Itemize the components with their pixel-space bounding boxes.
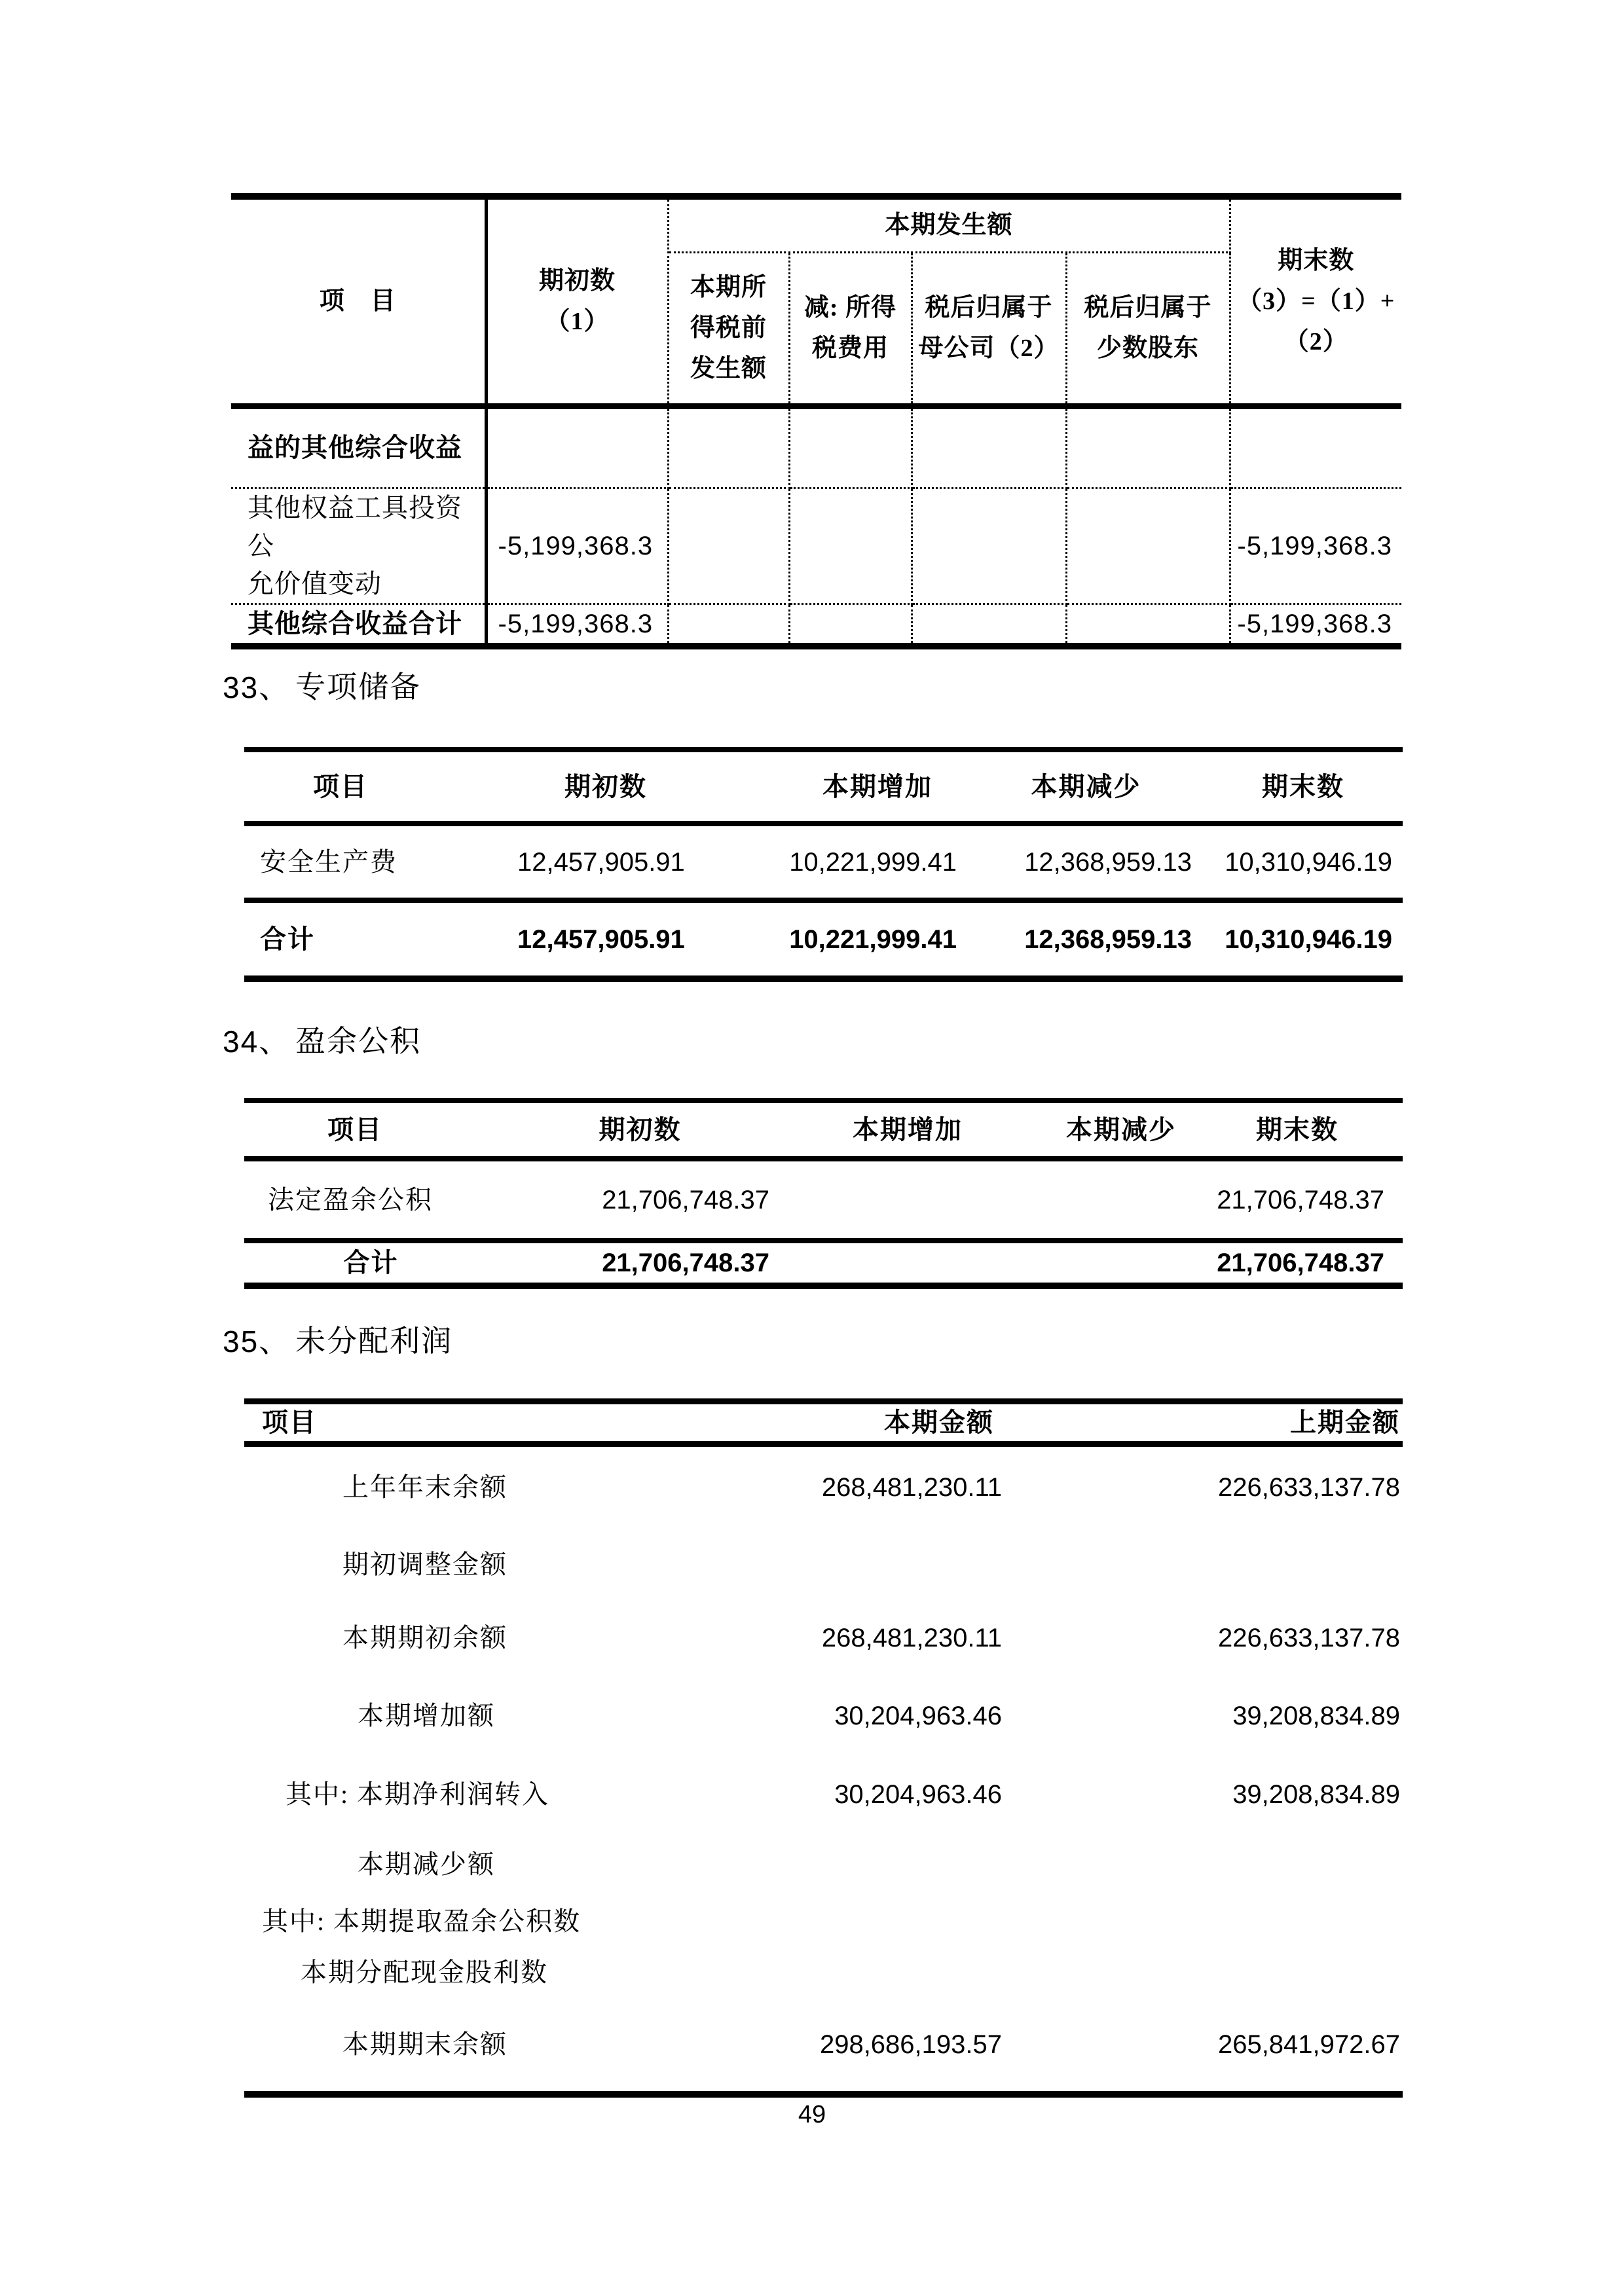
cell-item: 其他综合收益合计 — [231, 604, 486, 646]
cell-prior: 39,208,834.89 — [1005, 1676, 1403, 1757]
cell-pretax — [668, 488, 789, 604]
cell-prior — [1005, 1833, 1403, 1896]
col-header-prior-amount: 上期金额 — [1005, 1402, 1403, 1444]
cell-increase: 10,221,999.41 — [694, 900, 969, 979]
cell-closing: 10,310,946.19 — [1204, 900, 1403, 979]
col-header-decrease: 本期减少 — [969, 750, 1204, 824]
oci-table: 项 目 期初数 （1） 本期发生额 期末数 （3）=（1）+ （2） 本期所 得… — [231, 193, 1401, 649]
cell-closing: -5,199,368.3 — [1230, 604, 1401, 646]
cell-opening: 12,457,905.91 — [517, 900, 694, 979]
section-number: 35、 — [223, 1323, 290, 1360]
oci-row: 益的其他综合收益 — [231, 406, 1401, 488]
cell-prior — [1005, 1529, 1403, 1601]
table-row: 其中: 本期提取盈余公积数 — [244, 1896, 1403, 1947]
cell-current: 30,204,963.46 — [655, 1757, 1005, 1833]
cell-opening: 12,457,905.91 — [517, 824, 694, 900]
col-header-current-amount: 本期金额 — [655, 1402, 1005, 1444]
cell-pretax — [668, 604, 789, 646]
table-header-row: 项目 期初数 本期增加 本期减少 期末数 — [244, 1101, 1403, 1159]
cell-prior — [1005, 1896, 1403, 1947]
section-heading-35: 35、 未分配利润 — [223, 1323, 452, 1360]
cell-after-tax-minority — [1066, 488, 1230, 604]
table-row: 本期期初余额 268,481,230.11 226,633,137.78 — [244, 1601, 1403, 1676]
cell-prior: 226,633,137.78 — [1005, 1444, 1403, 1529]
cell-prior: 39,208,834.89 — [1005, 1757, 1403, 1833]
cell-item: 法定盈余公积 — [244, 1159, 498, 1241]
cell-after-tax-minority — [1066, 406, 1230, 488]
oci-col-header-pretax: 本期所 得税前 发生额 — [668, 252, 789, 406]
table-row: 本期期末余额 298,686,193.57 265,841,972.67 — [244, 1998, 1403, 2094]
table-row: 上年年末余额 268,481,230.11 226,633,137.78 — [244, 1444, 1403, 1529]
section-number: 33、 — [223, 669, 290, 706]
cell-after-tax-minority — [1066, 604, 1230, 646]
oci-col-header-opening: 期初数 （1） — [486, 196, 668, 406]
cell-item: 其他权益工具投资公 允价值变动 — [231, 488, 486, 604]
oci-total-row: 其他综合收益合计 -5,199,368.3 -5,199,368.3 — [231, 604, 1401, 646]
col-header-item: 项目 — [244, 750, 517, 824]
cell-pretax — [668, 406, 789, 488]
table-row: 本期增加额 30,204,963.46 39,208,834.89 — [244, 1676, 1403, 1757]
cell-current: 298,686,193.57 — [655, 1998, 1005, 2094]
surplus-reserve-table: 项目 期初数 本期增加 本期减少 期末数 法定盈余公积 21,706,748.3… — [244, 1098, 1403, 1289]
cell-less-income-tax — [789, 604, 912, 646]
oci-col-header-current-period-group: 本期发生额 — [668, 196, 1230, 252]
retained-earnings-table: 项目 本期金额 上期金额 上年年末余额 268,481,230.11 226,6… — [244, 1398, 1403, 2098]
cell-increase — [783, 1241, 986, 1286]
section-number: 34、 — [223, 1023, 290, 1060]
cell-decrease — [986, 1241, 1192, 1286]
page-number: 49 — [0, 2098, 1624, 2131]
table-total-row: 合计 21,706,748.37 21,706,748.37 — [244, 1241, 1403, 1286]
cell-current: 268,481,230.11 — [655, 1601, 1005, 1676]
oci-col-header-item: 项 目 — [231, 196, 486, 406]
cell-item: 益的其他综合收益 — [231, 406, 486, 488]
cell-opening: 21,706,748.37 — [498, 1159, 783, 1241]
cell-current: 30,204,963.46 — [655, 1676, 1005, 1757]
cell-item: 上年年末余额 — [244, 1444, 655, 1529]
cell-item: 其中: 本期净利润转入 — [244, 1757, 655, 1833]
cell-closing: 10,310,946.19 — [1204, 824, 1403, 900]
oci-col-header-less-income-tax: 减: 所得 税费用 — [789, 252, 912, 406]
oci-col-header-after-tax-minority: 税后归属于 少数股东 — [1066, 252, 1230, 406]
cell-increase: 10,221,999.41 — [694, 824, 969, 900]
col-header-closing: 期末数 — [1204, 750, 1403, 824]
cell-current — [655, 1896, 1005, 1947]
special-reserve-table: 项目 期初数 本期增加 本期减少 期末数 安全生产费 12,457,905.91… — [244, 747, 1403, 982]
col-header-increase: 本期增加 — [694, 750, 969, 824]
col-header-opening: 期初数 — [498, 1101, 783, 1159]
cell-less-income-tax — [789, 406, 912, 488]
table-row: 期初调整金额 — [244, 1529, 1403, 1601]
col-header-opening: 期初数 — [517, 750, 694, 824]
col-header-closing: 期末数 — [1192, 1101, 1403, 1159]
cell-closing — [1230, 406, 1401, 488]
cell-opening: -5,199,368.3 — [486, 604, 668, 646]
table-row: 安全生产费 12,457,905.91 10,221,999.41 12,368… — [244, 824, 1403, 900]
col-header-decrease: 本期减少 — [986, 1101, 1192, 1159]
cell-closing: -5,199,368.3 — [1230, 488, 1401, 604]
oci-col-header-after-tax-parent: 税后归属于 母公司（2） — [912, 252, 1066, 406]
table-header-row: 项目 期初数 本期增加 本期减少 期末数 — [244, 750, 1403, 824]
cell-opening: -5,199,368.3 — [486, 488, 668, 604]
cell-item: 本期分配现金股利数 — [244, 1947, 655, 1998]
cell-current — [655, 1833, 1005, 1896]
cell-closing: 21,706,748.37 — [1192, 1241, 1403, 1286]
oci-col-header-closing: 期末数 （3）=（1）+ （2） — [1230, 196, 1401, 406]
section-title: 盈余公积 — [295, 1023, 421, 1060]
section-heading-33: 33、 专项储备 — [223, 669, 421, 706]
cell-prior: 265,841,972.67 — [1005, 1998, 1403, 2094]
cell-current: 268,481,230.11 — [655, 1444, 1005, 1529]
cell-prior — [1005, 1947, 1403, 1998]
col-header-item: 项目 — [244, 1101, 498, 1159]
col-header-increase: 本期增加 — [783, 1101, 986, 1159]
report-page: 项 目 期初数 （1） 本期发生额 期末数 （3）=（1）+ （2） 本期所 得… — [0, 0, 1624, 2296]
table-row: 法定盈余公积 21,706,748.37 21,706,748.37 — [244, 1159, 1403, 1241]
cell-opening: 21,706,748.37 — [498, 1241, 783, 1286]
oci-header-row: 项 目 期初数 （1） 本期发生额 期末数 （3）=（1）+ （2） — [231, 196, 1401, 252]
cell-item: 本期增加额 — [244, 1676, 655, 1757]
section-heading-34: 34、 盈余公积 — [223, 1023, 421, 1060]
cell-item: 安全生产费 — [244, 824, 517, 900]
cell-item: 期初调整金额 — [244, 1529, 655, 1601]
cell-increase — [783, 1159, 986, 1241]
table-row: 本期分配现金股利数 — [244, 1947, 1403, 1998]
col-header-item: 项目 — [244, 1402, 655, 1444]
cell-after-tax-parent — [912, 604, 1066, 646]
table-total-row: 合计 12,457,905.91 10,221,999.41 12,368,95… — [244, 900, 1403, 979]
cell-current — [655, 1947, 1005, 1998]
cell-decrease: 12,368,959.13 — [969, 900, 1204, 979]
cell-decrease — [986, 1159, 1192, 1241]
cell-item: 合计 — [244, 900, 517, 979]
cell-item: 本期减少额 — [244, 1833, 655, 1896]
cell-after-tax-parent — [912, 406, 1066, 488]
cell-item: 其中: 本期提取盈余公积数 — [244, 1896, 655, 1947]
table-row: 本期减少额 — [244, 1833, 1403, 1896]
cell-item: 本期期末余额 — [244, 1998, 655, 2094]
section-title: 专项储备 — [295, 669, 421, 706]
cell-opening — [486, 406, 668, 488]
oci-row: 其他权益工具投资公 允价值变动 -5,199,368.3 -5,199,368.… — [231, 488, 1401, 604]
cell-item: 本期期初余额 — [244, 1601, 655, 1676]
cell-decrease: 12,368,959.13 — [969, 824, 1204, 900]
cell-less-income-tax — [789, 488, 912, 604]
table-row: 其中: 本期净利润转入 30,204,963.46 39,208,834.89 — [244, 1757, 1403, 1833]
cell-current — [655, 1529, 1005, 1601]
cell-item: 合计 — [244, 1241, 498, 1286]
table-header-row: 项目 本期金额 上期金额 — [244, 1402, 1403, 1444]
section-title: 未分配利润 — [295, 1323, 452, 1360]
cell-after-tax-parent — [912, 488, 1066, 604]
cell-closing: 21,706,748.37 — [1192, 1159, 1403, 1241]
cell-prior: 226,633,137.78 — [1005, 1601, 1403, 1676]
